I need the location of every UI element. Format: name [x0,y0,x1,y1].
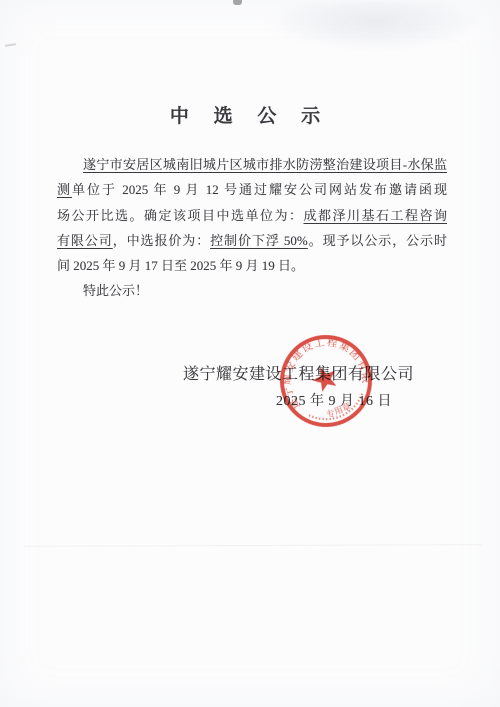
body-line: 间 2025 年 9 月 17 日至 2025 年 9 月 19 日。 [57,253,447,278]
scan-smudge [268,2,483,52]
body-line: 测单位于 2025 年 9 月 12 号通过耀安公司网站发布邀请函现 [57,177,447,202]
text-segment: 场公开比选。确定该项目中选单位为： [57,208,303,223]
scanned-document-page: 中 选 公 示 遂宁市安居区城南旧城片区城市排水防涝整治建设项目-水保监 测单位… [0,0,500,707]
announcement-body: 遂宁市安居区城南旧城片区城市排水防涝整治建设项目-水保监 测单位于 2025 年… [57,152,447,304]
text-segment: 特此公示！ [83,283,148,298]
scan-crease-line [24,544,482,547]
underlined-segment: 有限公司 [57,233,113,248]
scan-artifact-mark [233,0,242,5]
body-line: 遂宁市安居区城南旧城片区城市排水防涝整治建设项目-水保监 [57,152,447,177]
text-segment: 间 2025 年 9 月 17 日至 2025 年 9 月 19 日。 [57,258,304,273]
text-segment: ，中选报价为： [113,233,210,248]
underlined-segment: 遂宁市安居区城南旧城片区城市排水防涝整治建设项目-水保监 [83,157,447,172]
document-title: 中 选 公 示 [0,101,500,128]
text-segment: 单位于 2025 年 9 月 12 号通过耀安公司网站发布邀请函现 [72,182,447,197]
company-seal: 遂宁耀安建设工程集团有限公司 专用章 [254,309,398,453]
seal-star-icon [309,362,341,393]
underlined-segment: 测 [57,182,72,197]
scan-artifact-dash [5,43,16,47]
body-line: 场公开比选。确定该项目中选单位为：成都泽川基石工程咨询 [57,203,447,228]
body-line: 有限公司，中选报价为：控制价下浮 50%。现予以公示，公示时 [57,228,447,253]
text-segment: 。现予以公示，公示时 [308,233,447,248]
seal-arc-text: 遂宁耀安建设工程集团有限公司 [254,309,377,424]
closing-line: 特此公示！ [57,278,447,303]
underlined-segment: 成都泽川基石工程咨询 [303,208,447,223]
seal-arc-text-holder: 遂宁耀安建设工程集团有限公司 [254,309,377,424]
underlined-segment: 控制价下浮 50% [210,233,308,248]
